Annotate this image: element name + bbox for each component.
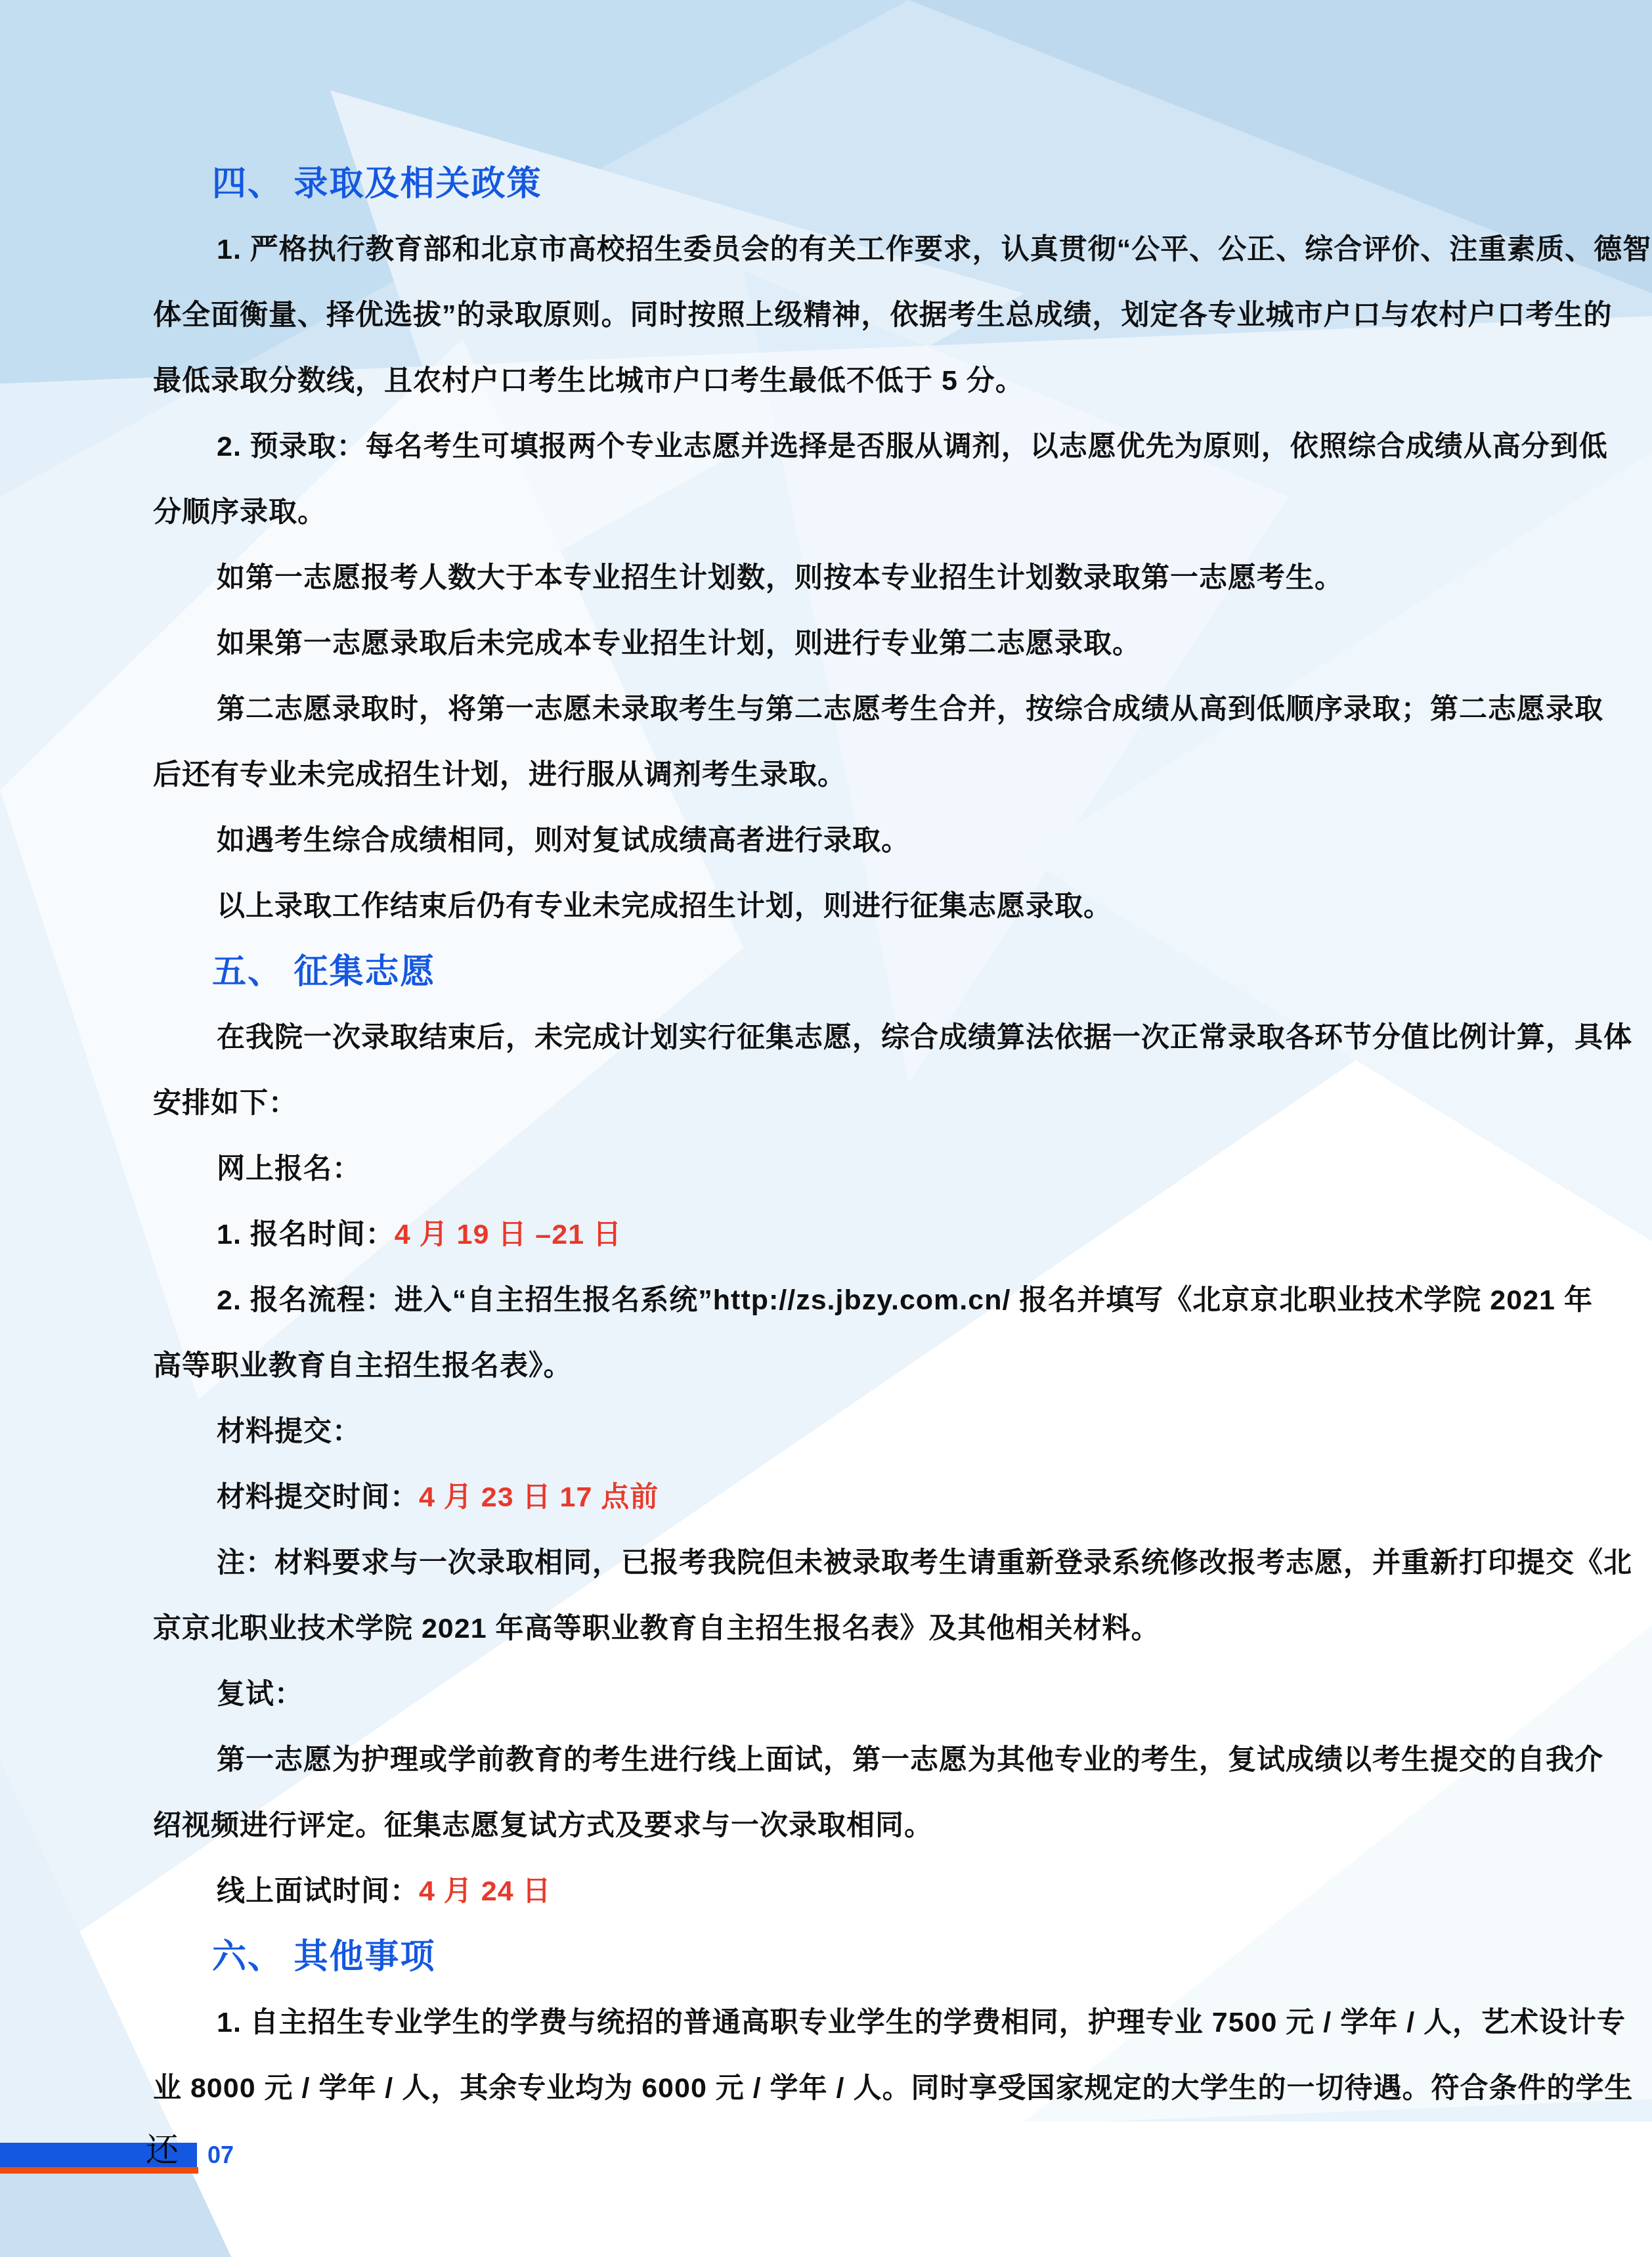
text-line: 网上报名：	[153, 1136, 1552, 1202]
text-line: 在我院一次录取结束后，未完成计划实行征集志愿，综合成绩算法依据一次正常录取各环节…	[153, 1005, 1552, 1070]
document-page: 四、 录取及相关政策1. 严格执行教育部和北京市高校招生委员会的有关工作要求，认…	[0, 0, 1652, 2257]
highlight-date-text: 4 月 24 日	[419, 1875, 552, 1907]
highlight-date-text: 4 月 23 日 17 点前	[419, 1481, 659, 1513]
text-segment: 业 8000 元 / 学年 / 人，其余专业均为 6000 元 / 学年 / 人…	[153, 2072, 1633, 2104]
text-line: 第一志愿为护理或学前教育的考生进行线上面试，第一志愿为其他专业的考生，复试成绩以…	[153, 1727, 1552, 1793]
text-line: 安排如下：	[153, 1070, 1552, 1136]
text-line: 注：材料要求与一次录取相同，已报考我院但未被录取考生请重新登录系统修改报考志愿，…	[153, 1530, 1552, 1596]
text-line: 如果第一志愿录取后未完成本专业招生计划，则进行专业第二志愿录取。	[153, 611, 1552, 676]
text-segment: 注：材料要求与一次录取相同，已报考我院但未被录取考生请重新登录系统修改报考志愿，…	[217, 1547, 1632, 1579]
text-line: 线上面试时间：4 月 24 日	[153, 1858, 1552, 1924]
text-segment: 复试：	[217, 1678, 303, 1710]
text-segment: 京京北职业技术学院 2021 年高等职业教育自主招生报名表》及其他相关材料。	[153, 1613, 1160, 1644]
text-segment: 以上录取工作结束后仍有专业未完成招生计划，则进行征集志愿录取。	[217, 890, 1112, 922]
text-segment: 2. 报名流程：进入“自主招生报名系统”http://zs.jbzy.com.c…	[217, 1284, 1593, 1316]
text-segment: 材料提交时间：	[217, 1481, 419, 1513]
text-segment: 第二志愿录取时，将第一志愿未录取考生与第二志愿考生合并，按综合成绩从高到低顺序录…	[217, 693, 1603, 725]
text-segment: 体全面衡量、择优选拔”的录取原则。同时按照上级精神，依据考生总成绩，划定各专业城…	[153, 299, 1613, 331]
text-line: 1. 报名时间：4 月 19 日 –21 日	[153, 1202, 1552, 1267]
footer-cut-character: 还	[146, 2132, 179, 2168]
text-line: 复试：	[153, 1661, 1552, 1727]
text-line: 分顺序录取。	[153, 479, 1552, 545]
text-line: 后还有专业未完成招生计划，进行服从调剂考生录取。	[153, 742, 1552, 808]
text-segment: 1. 自主招生专业学生的学费与统招的普通高职专业学生的学费相同，护理专业 750…	[217, 2007, 1626, 2038]
text-segment: 五、 征集志愿	[212, 953, 435, 991]
text-segment: 1. 报名时间：	[217, 1219, 395, 1250]
document-lines: 四、 录取及相关政策1. 严格执行教育部和北京市高校招生委员会的有关工作要求，认…	[153, 151, 1552, 2121]
text-line: 体全面衡量、择优选拔”的录取原则。同时按照上级精神，依据考生总成绩，划定各专业城…	[153, 282, 1552, 348]
text-segment: 分顺序录取。	[153, 496, 326, 528]
text-line: 如遇考生综合成绩相同，则对复试成绩高者进行录取。	[153, 808, 1552, 873]
text-line: 绍视频进行评定。征集志愿复试方式及要求与一次录取相同。	[153, 1793, 1552, 1858]
text-line: 1. 自主招生专业学生的学费与统招的普通高职专业学生的学费相同，护理专业 750…	[153, 1990, 1552, 2055]
text-line: 第二志愿录取时，将第一志愿未录取考生与第二志愿考生合并，按综合成绩从高到低顺序录…	[153, 676, 1552, 742]
text-segment: 高等职业教育自主招生报名表》。	[153, 1350, 573, 1382]
text-line: 业 8000 元 / 学年 / 人，其余专业均为 6000 元 / 学年 / 人…	[153, 2055, 1552, 2121]
text-line: 最低录取分数线，且农村户口考生比城市户口考生最低不低于 5 分。	[153, 348, 1552, 414]
text-line: 2. 报名流程：进入“自主招生报名系统”http://zs.jbzy.com.c…	[153, 1267, 1552, 1333]
text-line: 高等职业教育自主招生报名表》。	[153, 1333, 1552, 1399]
text-line: 2. 预录取：每名考生可填报两个专业志愿并选择是否服从调剂，以志愿优先为原则，依…	[153, 414, 1552, 479]
text-segment: 绍视频进行评定。征集志愿复试方式及要求与一次录取相同。	[153, 1810, 933, 1841]
text-segment: 线上面试时间：	[217, 1875, 419, 1907]
text-segment: 安排如下：	[153, 1087, 297, 1119]
text-line: 材料提交：	[153, 1399, 1552, 1464]
text-segment: 六、 其他事项	[212, 1938, 435, 1976]
text-segment: 后还有专业未完成招生计划，进行服从调剂考生录取。	[153, 759, 846, 791]
text-segment: 如第一志愿报考人数大于本专业招生计划数，则按本专业招生计划数录取第一志愿考生。	[217, 562, 1343, 594]
page-number: 07	[207, 2142, 234, 2168]
text-line: 以上录取工作结束后仍有专业未完成招生计划，则进行征集志愿录取。	[153, 873, 1552, 939]
text-line: 1. 严格执行教育部和北京市高校招生委员会的有关工作要求，认真贯彻“公平、公正、…	[153, 217, 1552, 282]
text-segment: 材料提交：	[217, 1416, 361, 1447]
section-heading: 五、 征集志愿	[153, 939, 1552, 1005]
text-segment: 最低录取分数线，且农村户口考生比城市户口考生最低不低于 5 分。	[153, 365, 1024, 397]
text-line: 京京北职业技术学院 2021 年高等职业教育自主招生报名表》及其他相关材料。	[153, 1596, 1552, 1661]
text-line: 如第一志愿报考人数大于本专业招生计划数，则按本专业招生计划数录取第一志愿考生。	[153, 545, 1552, 611]
text-segment: 如果第一志愿录取后未完成本专业招生计划，则进行专业第二志愿录取。	[217, 628, 1141, 659]
text-segment: 1. 严格执行教育部和北京市高校招生委员会的有关工作要求，认真贯彻“公平、公正、…	[217, 234, 1651, 265]
highlight-date-text: 4 月 19 日 –21 日	[395, 1219, 622, 1250]
section-heading: 六、 其他事项	[153, 1924, 1552, 1990]
text-segment: 在我院一次录取结束后，未完成计划实行征集志愿，综合成绩算法依据一次正常录取各环节…	[217, 1022, 1632, 1053]
text-segment: 2. 预录取：每名考生可填报两个专业志愿并选择是否服从调剂，以志愿优先为原则，依…	[217, 431, 1608, 462]
text-segment: 网上报名：	[217, 1153, 361, 1185]
text-segment: 如遇考生综合成绩相同，则对复试成绩高者进行录取。	[217, 825, 910, 856]
text-line: 材料提交时间：4 月 23 日 17 点前	[153, 1464, 1552, 1530]
section-heading: 四、 录取及相关政策	[153, 151, 1552, 217]
text-segment: 第一志愿为护理或学前教育的考生进行线上面试，第一志愿为其他专业的考生，复试成绩以…	[217, 1744, 1603, 1776]
text-segment: 四、 录取及相关政策	[212, 165, 542, 203]
